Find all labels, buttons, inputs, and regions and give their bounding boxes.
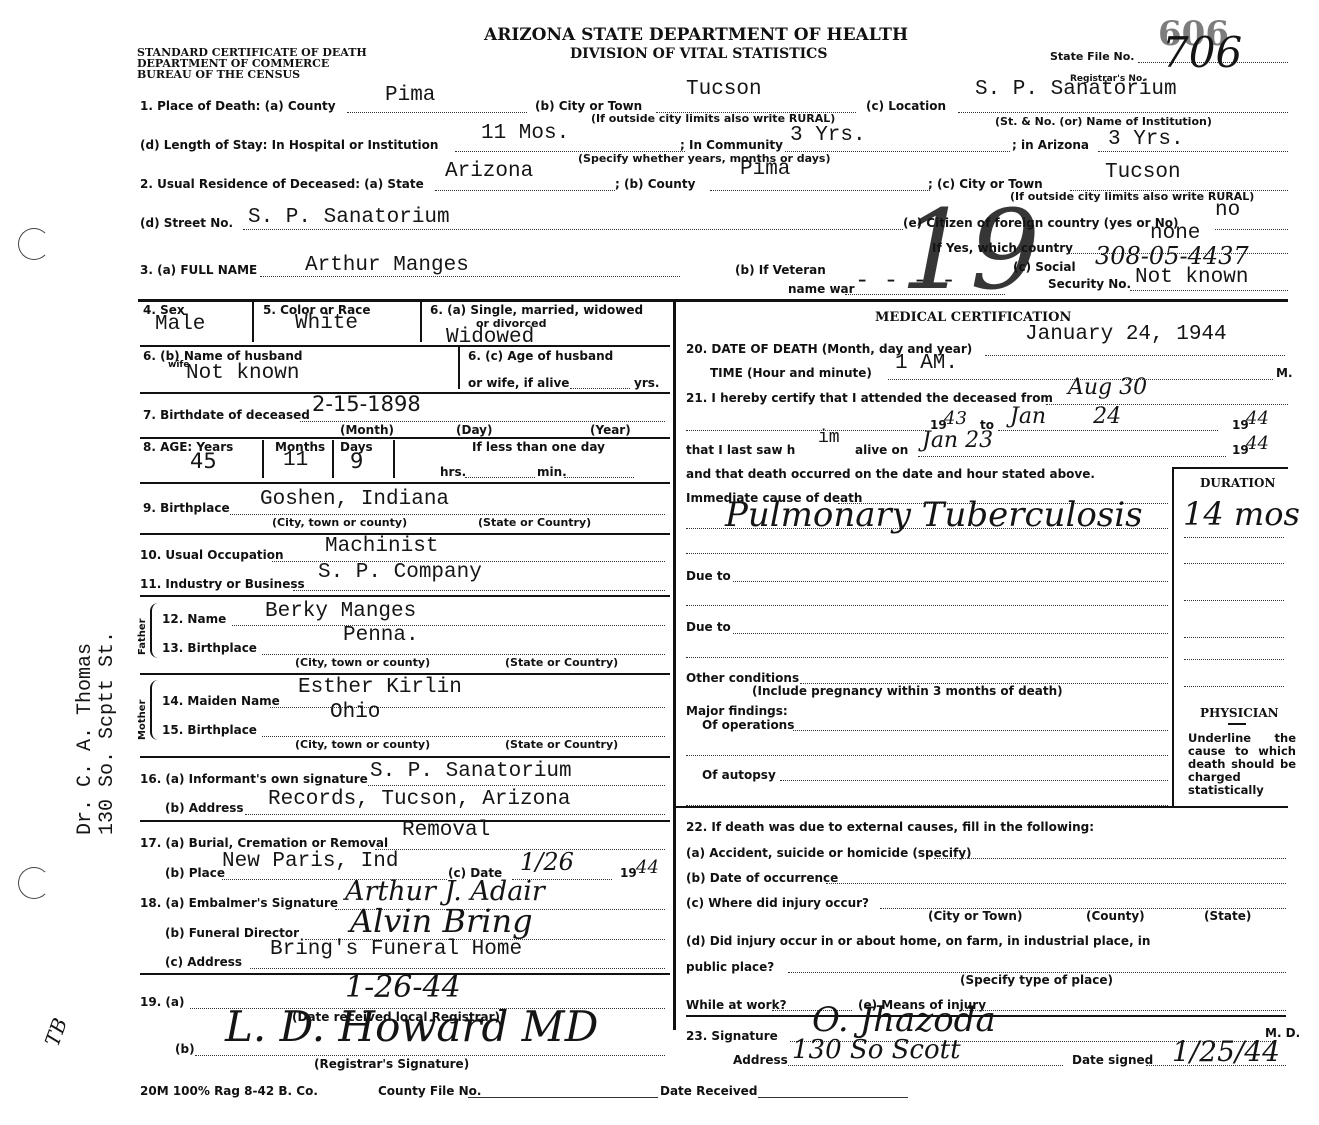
birthdate-line (300, 421, 665, 422)
death-county-value: Pima (385, 84, 435, 107)
duration-line-3 (1184, 600, 1284, 601)
burial-value: Removal (402, 819, 490, 842)
father-birthplace-line (262, 654, 665, 655)
occupation-label: 10. Usual Occupation (140, 548, 284, 562)
mother-city-caption: (City, town or county) (295, 738, 430, 751)
major-findings-label: Major findings: (686, 704, 788, 718)
mother-side-label: Mother (137, 700, 148, 740)
last-saw-pronoun: im (818, 428, 840, 448)
date-signed-label: Date signed (1072, 1053, 1153, 1067)
stay-arizona-line (1098, 151, 1288, 152)
day-caption: (Day) (456, 423, 492, 437)
place-of-death-label: 1. Place of Death: (a) County (140, 99, 336, 113)
informant-address-line (245, 814, 665, 815)
age-years-label: 8. AGE: Years (143, 440, 233, 454)
duration-heading: DURATION (1200, 476, 1275, 490)
external-c-state: (State) (1204, 909, 1251, 923)
age-divider-1 (262, 440, 264, 478)
divider-top (138, 299, 1288, 302)
birthplace-city-caption: (City, town or county) (272, 516, 407, 529)
due-to-line-1 (733, 581, 1168, 582)
stay-hospital-value: 11 Mos. (481, 122, 569, 145)
funeral-address-label: (c) Address (165, 955, 242, 969)
mother-birthplace-line (262, 736, 665, 737)
street-line (243, 229, 903, 230)
funeral-address-line (250, 968, 665, 969)
father-birthplace-value: Penna. (343, 624, 419, 647)
industry-line (293, 590, 665, 591)
autopsy-label: Of autopsy (702, 768, 776, 782)
external-d-label-2: public place? (686, 960, 774, 974)
informant-line (368, 785, 665, 786)
residence-label: 2. Usual Residence of Deceased: (a) Stat… (140, 177, 424, 191)
form-title: ARIZONA STATE DEPARTMENT OF HEALTH (484, 25, 908, 45)
column-divider (673, 300, 676, 1030)
header-left-block: STANDARD CERTIFICATE OF DEATH DEPARTMENT… (137, 47, 367, 80)
other-conditions-note: (Include pregnancy within 3 months of de… (752, 684, 1063, 698)
last-saw-date: Jan 23 (922, 428, 993, 453)
last-saw-line (918, 456, 1226, 457)
spouse-age-label-2: or wife, if alive (468, 376, 569, 390)
stay-arizona-value: 3 Yrs. (1108, 128, 1184, 151)
street-value: S. P. Sanatorium (248, 206, 450, 229)
length-of-stay-label: (d) Length of Stay: In Hospital or Insti… (140, 138, 438, 152)
spouse-value: Not known (186, 362, 299, 385)
min-label: min. (537, 465, 567, 479)
external-heading: 22. If death was due to external causes,… (686, 820, 1094, 834)
external-d-note: (Specify type of place) (960, 973, 1113, 987)
physician-signature-label: 23. Signature (686, 1029, 778, 1043)
residence-city-value: Tucson (1105, 161, 1181, 184)
father-birthplace-label: 13. Birthplace (162, 641, 257, 655)
immediate-cause-value: Pulmonary Tuberculosis (725, 495, 1143, 535)
attend-to-year: 44 (1246, 408, 1269, 429)
min-line (564, 477, 634, 478)
death-date-line (985, 355, 1285, 356)
spouse-label: 6. (b) Name of husband (143, 349, 302, 363)
veteran-label: (b) If Veteran (735, 263, 826, 277)
mother-state-caption: (State or Country) (505, 738, 618, 751)
due-to-label-2: Due to (686, 620, 731, 634)
age-divider-3 (393, 440, 395, 478)
due-to-line-1b (686, 605, 1168, 606)
margin-line-2: 130 So. Scptt St. (97, 631, 119, 835)
full-name-label: 3. (a) FULL NAME (140, 263, 257, 277)
birthplace-state-caption: (State or Country) (478, 516, 591, 529)
means-of-injury-line (963, 1010, 1286, 1011)
external-c-city: (City or Town) (928, 909, 1022, 923)
mother-name-label: 14. Maiden Name (162, 694, 280, 708)
death-location-value: S. P. Sanatorium (975, 78, 1177, 101)
stated-above-text: and that death occurred on the date and … (686, 467, 1095, 481)
residence-county-value: Pima (740, 158, 790, 181)
row-line-8 (140, 756, 670, 758)
location-note: (St. & No. (or) Name of Institution) (995, 115, 1212, 128)
informant-address-label: (b) Address (165, 801, 244, 815)
stay-community-label: ; In Community (680, 138, 783, 152)
duration-line-1 (1184, 537, 1284, 538)
attend-to-value: Jan 24 (1010, 404, 1121, 429)
registrar-number-value: 706 (1162, 28, 1242, 77)
physician-note: Underline the cause to which death shoul… (1188, 732, 1296, 797)
residence-county-label: ; (b) County (615, 177, 695, 191)
last-saw-label: that I last saw h (686, 443, 795, 457)
occupation-value: Machinist (325, 535, 438, 558)
citizen-value: no (1215, 199, 1240, 222)
residence-county-line (710, 190, 930, 191)
row-line-1 (140, 345, 670, 347)
marital-label: 6. (a) Single, married, widowed (430, 303, 643, 317)
age-divider-2 (332, 440, 334, 478)
registrar-signature: L. D. Howard MD (225, 1002, 598, 1051)
age-days-value: 9 (350, 449, 363, 473)
death-time-value: 1 AM. (895, 352, 958, 375)
father-brace (150, 603, 160, 658)
mother-name-value: Esther Kirlin (298, 676, 462, 699)
mother-brace (150, 680, 160, 740)
citizen-line (1215, 229, 1288, 230)
registrar-signature-line (195, 1055, 665, 1056)
row-line-7 (140, 673, 670, 675)
other-conditions-label: Other conditions (686, 671, 799, 685)
margin-line-1: Dr. C. A. Thomas (75, 631, 97, 835)
physician-address-value: 130 So Scott (792, 1035, 961, 1065)
duration-line-5 (1184, 659, 1284, 660)
burial-year-value: 44 (636, 857, 659, 878)
county-file-label: County File No. (378, 1084, 481, 1098)
external-a-line (934, 858, 1286, 859)
death-time-label: TIME (Hour and minute) (710, 366, 872, 380)
funeral-address-value: Bring's Funeral Home (270, 938, 522, 961)
registrar-a-label: 19. (a) (140, 995, 185, 1009)
medical-bottom-line (674, 806, 1288, 808)
county-file-line (468, 1097, 658, 1098)
punch-hole-bottom (18, 867, 50, 899)
birthdate-value: 2-15-1898 (312, 392, 421, 416)
duration-value: 14 mos (1183, 495, 1300, 533)
external-b-line (826, 883, 1286, 884)
age-months-value: 11 (283, 449, 308, 472)
stay-arizona-label: ; in Arizona (1012, 138, 1089, 152)
spouse-age-divider (458, 347, 460, 389)
due-to-line-2 (733, 633, 1168, 634)
external-c-county: (County) (1086, 909, 1145, 923)
operations-line-b (686, 755, 1168, 756)
father-name-line (232, 625, 665, 626)
birthplace-value: Goshen, Indiana (260, 488, 449, 511)
less-than-day-label: If less than one day (472, 440, 605, 454)
age-years-value: 45 (190, 449, 217, 473)
informant-value: S. P. Sanatorium (370, 760, 572, 783)
duration-line-6 (1184, 686, 1284, 687)
external-c-label: (c) Where did injury occur? (686, 896, 869, 910)
birthplace-line (230, 514, 665, 515)
residence-state-value: Arizona (445, 160, 533, 183)
last-saw-year: 44 (1246, 433, 1269, 454)
hrs-line (465, 477, 535, 478)
informant-address-value: Records, Tucson, Arizona (268, 788, 570, 811)
punch-hole-top (18, 228, 50, 260)
date-received-line (758, 1097, 908, 1098)
attend-blank-line (686, 430, 926, 431)
duration-box-top (1172, 467, 1288, 469)
full-name-value: Arthur Manges (305, 254, 469, 277)
month-caption: (Month) (340, 423, 394, 437)
mother-birthplace-label: 15. Birthplace (162, 723, 257, 737)
margin-mark-19: 19 (900, 195, 1040, 305)
date-signed-value: 1/25/44 (1172, 1035, 1280, 1068)
autopsy-line (780, 780, 1168, 781)
residence-state-line (435, 190, 615, 191)
form-subtitle: DIVISION OF VITAL STATISTICS (570, 46, 827, 62)
alive-on-label: alive on (855, 443, 908, 457)
burial-place-value: New Paris, Ind (222, 850, 398, 873)
duration-box-left (1172, 468, 1174, 808)
sex-race-divider (252, 302, 254, 342)
row-line-4 (140, 482, 670, 484)
race-marital-divider (420, 302, 422, 342)
registrar-date-received: 1-26-44 (345, 970, 461, 1005)
embalmer-label: 18. (a) Embalmer's Signature (140, 896, 338, 910)
registrar-signature-caption: (Registrar's Signature) (314, 1057, 469, 1071)
due-to-label-1: Due to (686, 569, 731, 583)
county-line (347, 112, 527, 113)
bureau-label: BUREAU OF THE CENSUS (137, 69, 367, 80)
attend-from-value: Aug 30 (1068, 375, 1147, 400)
social-value: Not known (1135, 266, 1248, 289)
father-name-value: Berky Manges (265, 600, 416, 623)
death-date-value: January 24, 1944 (1025, 323, 1227, 346)
printer-info: 20M 100% Rag 8-42 B. Co. (140, 1084, 318, 1098)
burial-year-prefix: 19 (620, 866, 637, 880)
attend-to-line (998, 430, 1218, 431)
physician-address-line (788, 1065, 1063, 1066)
street-label: (d) Street No. (140, 216, 233, 230)
birthplace-label: 9. Birthplace (143, 501, 230, 515)
father-city-caption: (City, town or county) (295, 656, 430, 669)
funeral-director-signature: Alvin Bring (350, 902, 533, 940)
state-file-label: State File No. (1050, 50, 1134, 63)
industry-value: S. P. Company (318, 561, 482, 584)
stay-community-value: 3 Yrs. (790, 124, 866, 147)
due-to-line-2b (686, 657, 1168, 658)
date-received-label: Date Received (660, 1084, 757, 1098)
duration-line-4 (1184, 637, 1284, 638)
location-line (958, 112, 1288, 113)
spouse-age-unit: yrs. (634, 376, 659, 390)
location-label: (c) Location (866, 99, 946, 113)
physician-heading: PHYSICIAN (1200, 706, 1279, 720)
industry-label: 11. Industry or Business (140, 577, 305, 591)
sex-value: Male (155, 313, 205, 336)
physician-dash (1228, 723, 1246, 725)
registrar-b-label: (b) (175, 1042, 195, 1056)
row-line-3 (140, 437, 670, 439)
social-label: (c) Social (1013, 260, 1076, 274)
social-line (1130, 290, 1288, 291)
physician-signature: O. Jhazoda (812, 1000, 996, 1040)
hrs-label: hrs. (440, 465, 466, 479)
father-side-label: Father (137, 618, 148, 655)
spouse-age-label: 6. (c) Age of husband (468, 349, 613, 363)
row-line-6 (140, 595, 670, 597)
birthdate-label: 7. Birthdate of deceased (143, 408, 310, 422)
burial-date-value: 1/26 (520, 848, 574, 876)
operations-label: Of operations (702, 718, 794, 732)
burial-place-label: (b) Place (165, 866, 225, 880)
spouse-age-line (570, 388, 630, 389)
attend-from-year: 43 (944, 408, 967, 429)
external-d-label: (d) Did injury occur in or about home, o… (686, 934, 1150, 948)
informant-label: 16. (a) Informant's own signature (140, 772, 368, 786)
death-city-value: Tucson (686, 78, 762, 101)
death-city-label: (b) City or Town (535, 99, 642, 113)
year-caption: (Year) (590, 423, 631, 437)
mother-birthplace-value: Ohio (330, 701, 380, 724)
operations-line (793, 730, 1168, 731)
physician-address-label: Address (733, 1053, 788, 1067)
father-state-caption: (State or Country) (505, 656, 618, 669)
cause-line-3 (686, 553, 1168, 554)
death-time-suffix: M. (1276, 366, 1293, 380)
margin-physician-note: Dr. C. A. Thomas 130 So. Scptt St. (75, 631, 119, 835)
external-a-label: (a) Accident, suicide or homicide (speci… (686, 846, 972, 860)
duration-line-2 (1184, 563, 1284, 564)
attend-label: 21. I hereby certify that I attended the… (686, 391, 1053, 405)
stay-note: (Specify whether years, months or days) (578, 152, 830, 165)
burial-label: 17. (a) Burial, Cremation or Removal (140, 836, 388, 850)
external-b-label: (b) Date of occurrence (686, 871, 838, 885)
father-name-label: 12. Name (162, 612, 226, 626)
margin-tb-mark: TB (40, 1015, 72, 1050)
race-value: White (295, 312, 358, 335)
social-label-2: Security No. (1048, 277, 1131, 291)
